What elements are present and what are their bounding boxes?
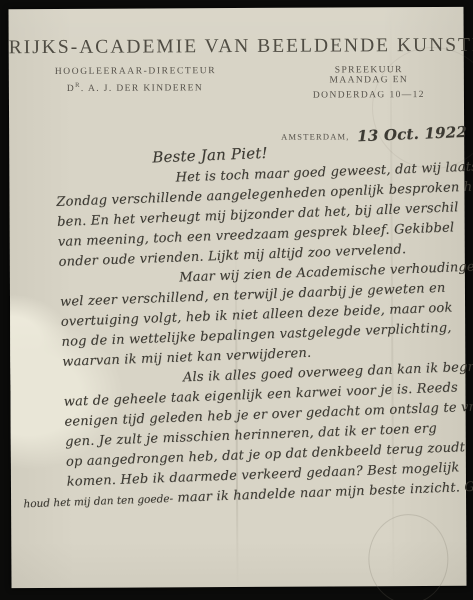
director-function-label: HOOGLEERAAR-DIRECTEUR bbox=[55, 66, 216, 77]
dateline: AMSTERDAM, 13 Oct. 1922 bbox=[281, 125, 467, 145]
handwritten-date: 13 Oct. 1922 bbox=[357, 123, 467, 145]
scanned-letter-view: RIJKS-ACADEMIE VAN BEELDENDE KUNSTEN HOO… bbox=[0, 0, 473, 600]
dateline-city: AMSTERDAM, bbox=[281, 131, 349, 141]
office-hours-line2: DONDERDAG 10—12 bbox=[307, 90, 431, 101]
letterhead-hours-block: SPREEKUUR MAANDAG EN DONDERDAG 10—12 bbox=[307, 65, 431, 101]
letter-paper: RIJKS-ACADEMIE VAN BEELDENDE KUNSTEN HOO… bbox=[8, 7, 466, 588]
director-name: . A. J. DER KINDEREN bbox=[81, 83, 203, 94]
letterhead-title: RIJKS-ACADEMIE VAN BEELDENDE KUNSTEN bbox=[9, 35, 464, 59]
salutation: Beste Jan Piet! bbox=[152, 144, 268, 167]
embossed-stamp bbox=[368, 514, 448, 600]
margin-note: houd het mij dan ten goede- bbox=[23, 493, 173, 510]
office-hours-line1: SPREEKUUR MAANDAG EN bbox=[307, 65, 431, 86]
letterhead-director-block: HOOGLEERAAR-DIRECTEUR DR. A. J. DER KIND… bbox=[55, 66, 216, 94]
director-name-label: DR. A. J. DER KINDEREN bbox=[67, 81, 216, 94]
letter-body: Het is toch maar goed geweest, dat wij l… bbox=[55, 158, 471, 513]
